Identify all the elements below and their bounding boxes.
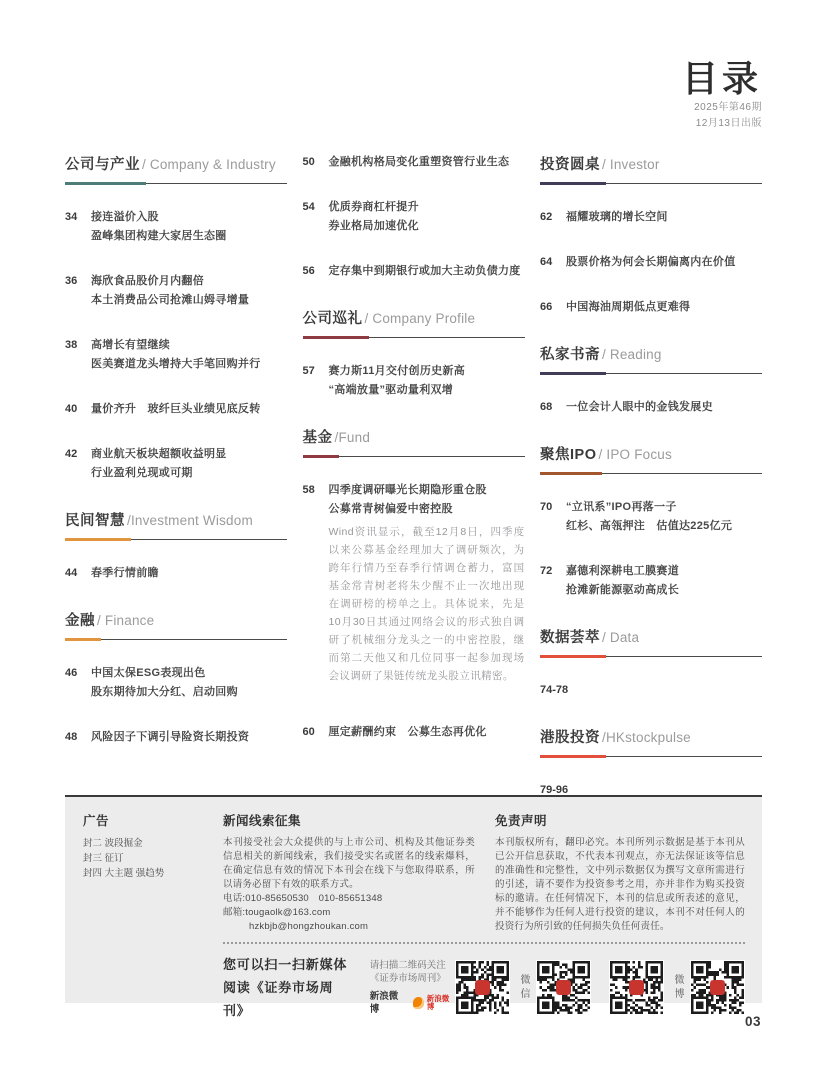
qr-code [536,960,591,1015]
publish-date: 12月13日出版 [682,116,762,132]
section-header: 金融/ Finance [65,609,287,630]
ad-item: 封三 征订 [83,851,203,866]
item-page-number: 56 [303,262,329,281]
section-accent-bar [65,182,146,186]
news-tips-body: 本刊接受社会大众提供的与上市公司、机构及其他证券类信息相关的新闻线索，我们接受实… [223,836,475,892]
section-title-en: / Company Profile [365,311,476,326]
section-rule [540,751,762,757]
page-number: 03 [745,1014,761,1029]
section-rule [65,634,287,640]
section-title-cn: 港股投资 [540,726,600,747]
toc-section: 公司与产业/ Company & Industry34接连溢价入股盈峰集团构建大… [65,153,287,483]
section-title-cn: 金融 [65,609,95,630]
ad-items: 封二 波段掘金封三 征订封四 大主题 强趋势 [83,836,203,881]
item-page-number: 48 [65,728,91,747]
toc-section: 基金/Fund58四季度调研曝光长期隐形重仓股公募常青树偏爱中密控股Wind资讯… [303,426,525,742]
scan-note: 请扫描二维码关注 《证券市场周刊》 新浪微博 新浪微博 [370,959,455,1016]
toc-item: 50金融机构格局变化重塑资管行业生态 [303,153,525,172]
toc-item: 64股票价格为何会长期偏离内在价值 [540,253,762,272]
item-title-line: 嘉德利深耕电工膜赛道 [566,562,762,581]
toc-item: 72嘉德利深耕电工膜赛道抢滩新能源驱动高成长 [540,562,762,600]
scan-note-line2: 《证券市场周刊》 [370,972,455,985]
section-title-en: / Investor [602,157,660,172]
toc-section: 聚焦IPO/ IPO Focus70“立讯系”IPO再落一子红杉、高瓴押注 估值… [540,443,762,600]
item-title-line: 商业航天板块超额收益明显 [91,445,287,464]
toc-item: 42商业航天板块超额收益明显行业盈利兑现或可期 [65,445,287,483]
section-title-cn: 投资圆桌 [540,153,600,174]
ad-title: 广告 [83,811,203,829]
item-page-number: 74-78 [540,681,568,700]
item-page-number: 64 [540,253,566,272]
toc-item: 57赛力斯11月交付创历史新高“高端放量”驱动量利双增 [303,362,525,400]
toc-item: 66中国海油周期低点更难得 [540,298,762,317]
item-title-line: 高增长有望继续 [91,336,287,355]
toc-column-1: 公司与产业/ Company & Industry34接连溢价入股盈峰集团构建大… [65,153,287,826]
item-text: 风险因子下调引导险资长期投资 [91,728,287,747]
toc-item: 48风险因子下调引导险资长期投资 [65,728,287,747]
item-text: 优质券商杠杆提升券业格局加速优化 [329,198,525,236]
item-text: 赛力斯11月交付创历史新高“高端放量”驱动量利双增 [329,362,525,400]
item-text: 厘定薪酬约束 公募生态再优化 [329,723,525,742]
section-title-cn: 聚焦IPO [540,443,596,464]
qr-code [690,960,745,1015]
item-title-line: 厘定薪酬约束 公募生态再优化 [329,723,525,742]
item-title-line: 赛力斯11月交付创历史新高 [329,362,525,381]
section-title-cn: 公司巡礼 [303,307,363,328]
item-text: “立讯系”IPO再落一子红杉、高瓴押注 估值达225亿元 [566,498,762,536]
item-page-number: 42 [65,445,91,483]
toc-item: 38高增长有望继续医美赛道龙头增持大手笔回购并行 [65,336,287,374]
weibo-vertical-label: 微博 [671,974,683,1002]
item-summary: Wind资讯显示，截至12月8日，四季度以来公募基金经理加大了调研频次，为跨年行… [329,523,525,685]
toc-section: 数据荟萃/ Data74-78 [540,626,762,700]
item-title-line: 本土消费品公司抢滩山姆寻增量 [91,291,287,310]
item-title-line: 行业盈利兑现或可期 [91,464,287,483]
toc-item: 70“立讯系”IPO再落一子红杉、高瓴押注 估值达225亿元 [540,498,762,536]
section-accent-bar [540,655,606,659]
section-rule [540,178,762,184]
ad-section: 广告 封二 波段掘金封三 征订封四 大主题 强趋势 [83,811,203,934]
section-header: 投资圆桌/ Investor [540,153,762,174]
item-text: 接连溢价入股盈峰集团构建大家居生态圈 [91,208,287,246]
toc-item: 62福耀玻璃的增长空间 [540,208,762,227]
toc-section: 公司巡礼/ Company Profile57赛力斯11月交付创历史新高“高端放… [303,307,525,400]
ad-item: 封二 波段掘金 [83,836,203,851]
section-header: 基金/Fund [303,426,525,447]
item-text: 中国太保ESG表现出色股东期待加大分红、启动回购 [91,664,287,702]
news-tips-title: 新闻线索征集 [223,811,475,829]
section-rule [303,451,525,457]
section-header: 数据荟萃/ Data [540,626,762,647]
item-text: 商业航天板块超额收益明显行业盈利兑现或可期 [91,445,287,483]
item-page-number: 58 [303,481,329,697]
disclaimer-title: 免责声明 [495,811,745,829]
item-title-line: 券业格局加速优化 [329,217,525,236]
section-title-en: / Data [602,630,639,645]
item-page-number: 38 [65,336,91,374]
item-page-number: 50 [303,153,329,172]
sina-weibo-icon [413,997,424,1009]
issue-number: 2025年第46期 [682,100,762,116]
toc-columns: 公司与产业/ Company & Industry34接连溢价入股盈峰集团构建大… [65,153,762,826]
item-title-line: 中国海油周期低点更难得 [566,298,762,317]
item-text: 量价齐升 玻纤巨头业绩见底反转 [91,400,287,419]
toc-section: 50金融机构格局变化重塑资管行业生态54优质券商杠杆提升券业格局加速优化56定存… [303,153,525,281]
section-title-en: / Reading [602,347,662,362]
item-title-line: 风险因子下调引导险资长期投资 [91,728,287,747]
section-header: 公司巡礼/ Company Profile [303,307,525,328]
toc-section: 金融/ Finance46中国太保ESG表现出色股东期待加大分红、启动回购48风… [65,609,287,747]
item-page-number: 68 [540,398,566,417]
section-header: 公司与产业/ Company & Industry [65,153,287,174]
toc-section: 投资圆桌/ Investor62福耀玻璃的增长空间64股票价格为何会长期偏离内在… [540,153,762,317]
toc-item: 58四季度调研曝光长期隐形重仓股公募常青树偏爱中密控股Wind资讯显示，截至12… [303,481,525,697]
toc-item: 34接连溢价入股盈峰集团构建大家居生态圈 [65,208,287,246]
item-title-line: 股票价格为何会长期偏离内在价值 [566,253,762,272]
item-title-line: 优质券商杠杆提升 [329,198,525,217]
section-header: 民间智慧/Investment Wisdom [65,509,287,530]
scan-headline-line2: 阅读《证券市场周刊》 [223,976,354,1022]
item-text: 四季度调研曝光长期隐形重仓股公募常青树偏爱中密控股Wind资讯显示，截至12月8… [329,481,525,697]
item-text: 一位会计人眼中的金钱发展史 [566,398,762,417]
footer-columns: 广告 封二 波段掘金封三 征订封四 大主题 强趋势 新闻线索征集 本刊接受社会大… [83,811,745,934]
toc-section: 港股投资/HKstockpulse79-96 [540,726,762,800]
disclaimer-section: 免责声明 本刊版权所有，翻印必究。本刊所列示数据是基于本刊从已公开信息获取，不代… [495,811,745,934]
item-title-line: 金融机构格局变化重塑资管行业生态 [329,153,525,172]
item-text: 福耀玻璃的增长空间 [566,208,762,227]
toc-item: 68一位会计人眼中的金钱发展史 [540,398,762,417]
section-title-cn: 数据荟萃 [540,626,600,647]
section-title-en: /HKstockpulse [602,730,691,745]
item-text: 海欣食品股价月内翻倍本土消费品公司抢滩山姆寻增量 [91,272,287,310]
section-rule [65,534,287,540]
toc-item: 40量价齐升 玻纤巨头业绩见底反转 [65,400,287,419]
section-header: 港股投资/HKstockpulse [540,726,762,747]
item-title-line: 医美赛道龙头增持大手笔回购并行 [91,355,287,374]
section-accent-bar [303,336,369,340]
toc-item: 36海欣食品股价月内翻倍本土消费品公司抢滩山姆寻增量 [65,272,287,310]
section-rule [540,468,762,474]
item-page-number: 66 [540,298,566,317]
news-tips-email-2: hzkbjb@hongzhoukan.com [223,920,475,934]
item-page-number: 72 [540,562,566,600]
scan-headline: 您可以扫一扫新媒体 阅读《证券市场周刊》 [223,953,354,1022]
item-title-line: 春季行情前瞻 [91,564,287,583]
item-title-line: 量价齐升 玻纤巨头业绩见底反转 [91,400,287,419]
section-accent-bar [303,455,339,459]
item-page-number: 62 [540,208,566,227]
section-title-en: /Fund [335,430,371,445]
item-page-number: 36 [65,272,91,310]
item-title-line: 中国太保ESG表现出色 [91,664,287,683]
toc-item: 54优质券商杠杆提升券业格局加速优化 [303,198,525,236]
news-tips-section: 新闻线索征集 本刊接受社会大众提供的与上市公司、机构及其他证券类信息相关的新闻线… [223,811,475,934]
item-title-line: 一位会计人眼中的金钱发展史 [566,398,762,417]
section-header: 私家书斋/ Reading [540,343,762,364]
item-page-number: 70 [540,498,566,536]
section-accent-bar [540,472,602,476]
section-header: 聚焦IPO/ IPO Focus [540,443,762,464]
item-page-number: 57 [303,362,329,400]
sina-weibo-line: 新浪微博 新浪微博 [370,990,455,1016]
qr-code-group: 微信微博 [455,960,745,1015]
item-text: 嘉德利深耕电工膜赛道抢滩新能源驱动高成长 [566,562,762,600]
item-title-line: 定存集中到期银行或加大主动负债力度 [329,262,525,281]
toc-column-2: 50金融机构格局变化重塑资管行业生态54优质券商杠杆提升券业格局加速优化56定存… [303,153,525,826]
scan-headline-line1: 您可以扫一扫新媒体 [223,953,354,976]
toc-section: 私家书斋/ Reading68一位会计人眼中的金钱发展史 [540,343,762,417]
item-title-line: 股东期待加大分红、启动回购 [91,683,287,702]
item-title-line: 公募常青树偏爱中密控股 [329,500,525,519]
toc-item: 56定存集中到期银行或加大主动负债力度 [303,262,525,281]
section-title-cn: 公司与产业 [65,153,140,174]
item-title-line: 盈峰集团构建大家居生态圈 [91,227,287,246]
qr-code [455,960,510,1015]
section-rule [540,368,762,374]
item-title-line: 福耀玻璃的增长空间 [566,208,762,227]
toc-item: 60厘定薪酬约束 公募生态再优化 [303,723,525,742]
section-title-cn: 私家书斋 [540,343,600,364]
section-accent-bar [65,638,101,642]
section-accent-bar [65,538,131,542]
section-title-en: / IPO Focus [598,447,671,462]
scan-row: 您可以扫一扫新媒体 阅读《证券市场周刊》 请扫描二维码关注 《证券市场周刊》 新… [223,953,745,1022]
item-text: 金融机构格局变化重塑资管行业生态 [329,153,525,172]
toc-section: 民间智慧/Investment Wisdom44春季行情前瞻 [65,509,287,583]
item-text: 定存集中到期银行或加大主动负债力度 [329,262,525,281]
masthead: 目录 2025年第46期 12月13日出版 [682,58,762,132]
item-title-line: “高端放量”驱动量利双增 [329,381,525,400]
wechat-label: 微信 [517,974,529,1002]
item-title-line: 海欣食品股价月内翻倍 [91,272,287,291]
section-title-en: / Finance [97,613,154,628]
disclaimer-body: 本刊版权所有，翻印必究。本刊所列示数据是基于本刊从已公开信息获取，不代表本刊观点… [495,836,745,934]
item-page-number: 44 [65,564,91,583]
item-text: 高增长有望继续医美赛道龙头增持大手笔回购并行 [91,336,287,374]
item-title-line: “立讯系”IPO再落一子 [566,498,762,517]
item-page-number: 46 [65,664,91,702]
sina-weibo-label: 新浪微博 [370,990,406,1016]
section-rule [540,651,762,657]
toc-item: 74-78 [540,681,762,700]
magazine-toc-page: 目录 2025年第46期 12月13日出版 公司与产业/ Company & I… [0,0,827,1067]
item-title-line: 接连溢价入股 [91,208,287,227]
item-title-line: 四季度调研曝光长期隐形重仓股 [329,481,525,500]
qr-code [609,960,664,1015]
toc-item: 44春季行情前瞻 [65,564,287,583]
page-title: 目录 [682,58,762,100]
scan-note-line1: 请扫描二维码关注 [370,959,455,972]
toc-column-3: 投资圆桌/ Investor62福耀玻璃的增长空间64股票价格为何会长期偏离内在… [540,153,762,826]
section-accent-bar [540,182,606,186]
item-page-number: 40 [65,400,91,419]
section-title-en: /Investment Wisdom [127,513,253,528]
item-page-number: 34 [65,208,91,246]
item-text: 中国海油周期低点更难得 [566,298,762,317]
section-rule [65,178,287,184]
item-text [568,681,762,700]
toc-item: 46中国太保ESG表现出色股东期待加大分红、启动回购 [65,664,287,702]
section-title-cn: 基金 [303,426,333,447]
ad-item: 封四 大主题 强趋势 [83,866,203,881]
section-title-cn: 民间智慧 [65,509,125,530]
news-tips-phone: 电话:010-85650530 010-85651348 [223,892,475,906]
news-tips-email: 邮箱:tougaolk@163.com [223,906,475,920]
footer: 广告 封二 波段掘金封三 征订封四 大主题 强趋势 新闻线索征集 本刊接受社会大… [65,795,762,1003]
item-page-number: 54 [303,198,329,236]
item-text: 春季行情前瞻 [91,564,287,583]
sina-weibo-brand: 新浪微博 [427,995,455,1011]
item-text: 股票价格为何会长期偏离内在价值 [566,253,762,272]
item-title-line: 抢滩新能源驱动高成长 [566,581,762,600]
item-title-line: 红杉、高瓴押注 估值达225亿元 [566,517,762,536]
section-rule [303,332,525,338]
dotted-divider [223,942,745,944]
section-accent-bar [540,755,606,759]
section-accent-bar [540,372,606,376]
item-page-number: 60 [303,723,329,742]
section-title-en: / Company & Industry [142,157,276,172]
